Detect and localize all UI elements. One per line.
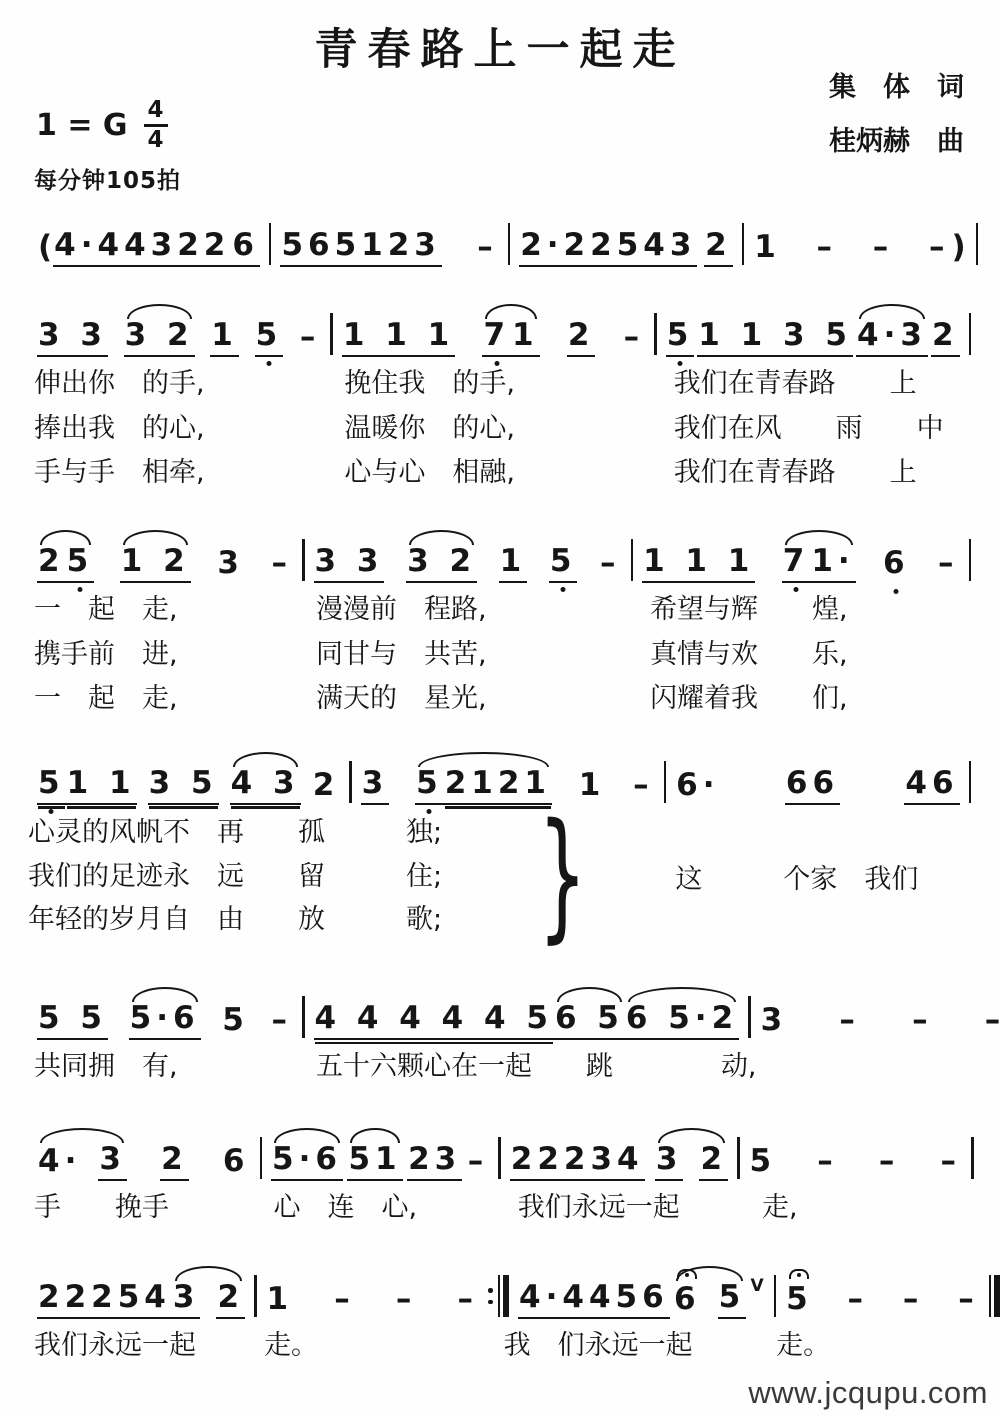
note-group: 6· xyxy=(675,770,720,805)
lyric-spacer xyxy=(980,408,988,451)
note: – xyxy=(476,232,499,267)
tempo-marking: 每分钟105拍 xyxy=(34,162,181,195)
measure: 565123– xyxy=(271,230,507,267)
time-signature-numerator: 4 xyxy=(144,98,168,127)
note: 3 xyxy=(655,1144,684,1181)
note-group: 46 xyxy=(904,768,959,805)
lyric-segment: 我们永远一起 xyxy=(28,1325,250,1368)
lyric-segment: 动, xyxy=(715,1046,980,1089)
note: 46 xyxy=(904,768,959,805)
note: 3 xyxy=(98,1144,127,1181)
note-group: 51 1 xyxy=(37,768,137,805)
note: 3 xyxy=(760,1005,789,1040)
song-title: 青春路上一起走 xyxy=(0,0,1000,77)
note: 5 xyxy=(718,1282,747,1319)
stacked-lyrics-block: 心灵的风帆不 再 孤 独;我们的足迹永 远 留 住;年轻的岁月自 由 放 歌;}… xyxy=(28,811,973,942)
note: 51 xyxy=(347,1144,402,1181)
note: 2 xyxy=(216,1282,245,1319)
music-system: 22254321–––4·445665V5–––我们永远一起走。我 们永远一起走… xyxy=(28,1255,973,1368)
note-group: – xyxy=(940,1146,963,1181)
note-group: 66 xyxy=(785,768,840,805)
note: – xyxy=(816,232,839,267)
barline xyxy=(969,313,972,355)
time-signature-denominator: 4 xyxy=(148,127,164,153)
note: 2 xyxy=(699,1144,728,1181)
note: 5 xyxy=(66,546,95,583)
barline-thin xyxy=(969,761,972,803)
note-group: 22254 xyxy=(37,1282,172,1319)
note-group: – xyxy=(271,548,294,583)
lyric-spacer xyxy=(660,452,668,495)
note: 1 1 xyxy=(66,768,137,805)
note: 5 xyxy=(785,1284,814,1319)
note-group: – xyxy=(838,1005,861,1040)
time-signature: 4 4 xyxy=(144,98,168,153)
music-line: 4·3265·65123–22234325––– xyxy=(28,1117,973,1181)
lyric-segment: 走, xyxy=(756,1187,988,1230)
note-group: 5 xyxy=(255,320,284,357)
note: – xyxy=(984,1005,1000,1040)
note: 22254 xyxy=(37,1282,172,1319)
note: 1 1 3 5 xyxy=(697,320,853,357)
note: – xyxy=(847,1284,870,1319)
note: – xyxy=(928,232,951,267)
note: 1 xyxy=(499,546,528,583)
note: 5 xyxy=(415,768,444,805)
lyric-spacer xyxy=(636,678,644,721)
note-group: 2·22543 xyxy=(519,230,697,267)
low-octave-dot xyxy=(677,361,682,366)
barline-thin xyxy=(498,1275,501,1317)
note-group: 1 1 1 xyxy=(642,546,755,583)
note-group: – xyxy=(816,232,839,267)
note-group: 3 xyxy=(216,548,245,583)
repeat-barline xyxy=(488,1275,509,1317)
note-group-slurred: 1 2 xyxy=(120,546,191,583)
note-group-slurred: 25 xyxy=(37,546,94,583)
low-octave-dot xyxy=(77,587,82,592)
note: – xyxy=(271,1005,294,1040)
note-group: 6 xyxy=(222,1146,251,1181)
note-group: 6 xyxy=(882,548,911,583)
note-group: 1 1 1 xyxy=(342,320,455,357)
note: 4 4 4 4 4 5 xyxy=(314,1003,554,1040)
note: 4·3 xyxy=(856,320,928,357)
low-octave-dot xyxy=(894,589,899,594)
note: – xyxy=(878,1146,901,1181)
note: 5 xyxy=(749,1146,778,1181)
lyric-spacer xyxy=(302,1046,310,1089)
lyric-segment: 心与心 相融, xyxy=(338,452,659,495)
note-group-slurred: 32 xyxy=(655,1144,728,1181)
note: 1 2 xyxy=(120,546,191,583)
lyric-segment: 我们在青春路 上 xyxy=(668,363,980,406)
low-octave-dot xyxy=(794,587,799,592)
barline xyxy=(969,539,972,581)
lyric-spacer xyxy=(762,1325,770,1368)
music-line: 3 33 215–1 1 1712–51 1 3 54·32 xyxy=(28,293,973,357)
note: 1 xyxy=(511,320,540,357)
note-group: – xyxy=(902,1284,925,1319)
barline-thin xyxy=(989,1275,992,1317)
note: – xyxy=(395,1284,418,1319)
lyric-spacer xyxy=(983,1325,991,1368)
note-group: – xyxy=(467,1146,490,1181)
note: 4· xyxy=(37,1146,82,1181)
lyric-segment: 满天的 星光, xyxy=(310,678,636,721)
lyric-segment: 希望与辉 煌, xyxy=(644,589,979,632)
music-line: 51 13 54 323521211–6·6646 xyxy=(28,741,973,805)
lyric-segment: 真情与欢 乐, xyxy=(644,634,979,677)
measure: 4·445665V xyxy=(509,1282,774,1319)
note-group: 1 1 3 5 xyxy=(697,320,853,357)
note: 4 3 xyxy=(230,768,301,805)
note: 2 xyxy=(312,770,341,805)
lyric-line: 共同拥 有,五十六颗心在一起 跳动, xyxy=(28,1046,973,1089)
lyric-segment: 我们永远一起 xyxy=(512,1187,748,1230)
note: 7 xyxy=(782,546,811,583)
note-group: 5 xyxy=(549,546,578,583)
lyric-continuation: 这 个家 我们 xyxy=(675,857,918,896)
note-group-slurred: 6 5·2 xyxy=(625,1003,739,1040)
music-line: 22254321–––4·445665V5––– xyxy=(28,1255,973,1319)
note: 3 2 xyxy=(406,546,477,583)
note-group: – xyxy=(878,1146,901,1181)
note-group: 5 xyxy=(221,1005,250,1040)
barline xyxy=(971,1137,974,1179)
lyric-spacer xyxy=(330,363,338,406)
note: 3 5 xyxy=(148,768,219,805)
note: – xyxy=(911,1005,934,1040)
lyric-spacer xyxy=(302,678,310,721)
note-group: 1 xyxy=(753,232,782,267)
note: 23 xyxy=(407,1144,462,1181)
barline-thin xyxy=(969,539,972,581)
note: 5·6 xyxy=(129,1003,201,1040)
low-octave-dot xyxy=(266,361,271,366)
final-barline xyxy=(989,1275,1000,1317)
note: 2 xyxy=(704,230,733,267)
note-group: – xyxy=(847,1284,870,1319)
note: 3 xyxy=(216,548,245,583)
key-label: 1 = G xyxy=(36,108,128,143)
note-group: 2 xyxy=(160,1144,189,1181)
barline-thin xyxy=(976,223,979,265)
note-group: – xyxy=(395,1284,418,1319)
measure: 3 33 215– xyxy=(305,546,631,583)
music-system: 4·3265·65123–22234325–––手 挽手心 连 心,我们永远一起… xyxy=(28,1117,973,1230)
note-group: 3 5 xyxy=(148,768,219,805)
lyric-spacer xyxy=(707,1046,715,1089)
lyric-spacer xyxy=(330,408,338,451)
lyric-line: 心灵的风帆不 再 孤 独; xyxy=(28,811,538,855)
fermata-icon xyxy=(789,1269,809,1279)
note-group-slurred: 5·6 xyxy=(129,1003,201,1040)
lyric-spacer xyxy=(980,678,988,721)
lyric-line: 我们永远一起走。我 们永远一起走。 xyxy=(28,1325,973,1368)
note: 5 xyxy=(221,1005,250,1040)
low-octave-dot xyxy=(494,361,499,366)
measure: 4 4 4 4 4 56 56 5·2 xyxy=(305,1003,749,1040)
note: – xyxy=(632,770,655,805)
note-group: 5 xyxy=(785,1284,814,1319)
note-group-slurred: 3 2 xyxy=(406,546,477,583)
music-system: 251 23–3 33 215–1 1 171·6–一 起 走,漫漫前 程路,希… xyxy=(28,519,973,721)
music-line: (4·443226565123–2·2254321–––) xyxy=(28,203,973,267)
repeat-dot xyxy=(488,1300,493,1305)
measure: 3 33 215– xyxy=(28,320,330,357)
measure: 3521211– xyxy=(352,768,664,805)
note-group: – xyxy=(816,1146,839,1181)
note-group: – xyxy=(299,322,322,357)
note-group: 565123 xyxy=(280,230,441,267)
measure: 5––– xyxy=(776,1284,989,1319)
note: 3 xyxy=(172,1282,201,1319)
note: 1 xyxy=(266,1284,295,1319)
note-group: 1 xyxy=(266,1284,295,1319)
lyric-line: 携手前 进,同甘与 共苦,真情与欢 乐, xyxy=(28,634,973,677)
lyric-segment: 漫漫前 程路, xyxy=(310,589,636,632)
note: – xyxy=(902,1284,925,1319)
note: 1 1 1 xyxy=(642,546,755,583)
note: 6 5 xyxy=(554,1003,625,1040)
measure: 1 1 1712– xyxy=(333,320,654,357)
low-octave-dot xyxy=(49,809,54,814)
lyric-segment: 我 们永远一起 xyxy=(498,1325,763,1368)
notation-systems: (4·443226565123–2·2254321–––)3 33 215–1 … xyxy=(28,203,973,1370)
stacked-lyrics: 心灵的风帆不 再 孤 独;我们的足迹永 远 留 住;年轻的岁月自 由 放 歌; xyxy=(28,811,538,942)
lyric-line: 手与手 相牵,心与心 相融,我们在青春路 上 xyxy=(28,452,973,495)
note-group: 3 xyxy=(760,1005,789,1040)
note-group: 3 3 xyxy=(37,320,108,357)
note-group-slurred: 4·3 xyxy=(856,320,928,357)
note-group-slurred: 71· xyxy=(782,546,856,583)
key-signature: 1 = G 4 4 xyxy=(36,98,168,153)
note: 6 xyxy=(673,1284,702,1319)
music-line: 5 55·65–4 4 4 4 4 56 56 5·23––– xyxy=(28,976,973,1040)
note-group: 5 xyxy=(666,320,695,357)
fermata-icon xyxy=(677,1269,697,1279)
note-group: 4 4 4 4 4 5 xyxy=(314,1003,554,1040)
note-group: 22234 xyxy=(510,1144,645,1181)
measure: 251 23– xyxy=(28,546,302,583)
note-group: – xyxy=(271,1005,294,1040)
lyric-spacer xyxy=(636,634,644,677)
note: 1 1 1 xyxy=(342,320,455,357)
music-system: 3 33 215–1 1 1712–51 1 3 54·32伸出你 的手,挽住我… xyxy=(28,293,973,495)
note-group: –) xyxy=(928,232,967,267)
note: – xyxy=(333,1284,356,1319)
note: 2 xyxy=(160,1144,189,1181)
lyric-spacer xyxy=(330,452,338,495)
note-group: 1 xyxy=(499,546,528,583)
note-group: 5 xyxy=(749,1146,778,1181)
measure: 5·65123– xyxy=(262,1144,498,1181)
lyric-spacer xyxy=(260,1187,268,1230)
note: 565123 xyxy=(280,230,441,267)
repeat-dots xyxy=(488,1275,493,1317)
lyric-line: 伸出你 的手,挽住我 的手,我们在青春路 上 xyxy=(28,363,973,406)
note-group: 1 xyxy=(210,320,239,357)
note: 3 xyxy=(361,768,390,805)
note-group: – xyxy=(937,548,960,583)
note-group: – xyxy=(333,1284,356,1319)
note: 7 xyxy=(482,320,511,357)
parenthesis: ) xyxy=(951,232,967,267)
lyric-spacer xyxy=(504,1187,512,1230)
measure: 1–––) xyxy=(744,232,976,267)
note: 4·44322 xyxy=(53,230,231,267)
note-group: – xyxy=(984,1005,1000,1040)
note: 6 xyxy=(882,548,911,583)
note: 6· xyxy=(675,770,720,805)
note-group: 4·4456 xyxy=(518,1282,670,1319)
lyric-segment: 闪耀着我 们, xyxy=(644,678,979,721)
lyric-segment: 走。 xyxy=(258,1325,490,1368)
watermark-text: www.jcqupu.com xyxy=(748,1375,988,1411)
note-group: 3 3 xyxy=(314,546,385,583)
lyric-spacer xyxy=(250,1325,258,1368)
note-group-slurred: 3 2 xyxy=(124,320,195,357)
lyricist-credit: 集 体 词 xyxy=(829,72,964,104)
lyric-segment: 走。 xyxy=(770,1325,983,1368)
lyric-spacer xyxy=(660,363,668,406)
lyric-spacer xyxy=(980,363,988,406)
note: 2 xyxy=(931,320,960,357)
measure: 1––– xyxy=(257,1284,489,1319)
note-group: V xyxy=(749,1298,764,1319)
credits-block: 集 体 词 桂炳赫 曲 xyxy=(829,72,964,181)
measure: 3––– xyxy=(751,1005,1000,1040)
lyric-segment: 同甘与 共苦, xyxy=(310,634,636,677)
note-group-slurred: 5·6 xyxy=(271,1144,343,1181)
note: – xyxy=(957,1284,980,1319)
note: – xyxy=(299,322,322,357)
note: 2 xyxy=(567,320,596,357)
lyric-line: 一 起 走,漫漫前 程路,希望与辉 煌, xyxy=(28,589,973,632)
note: – xyxy=(457,1284,480,1319)
note-group: 6 xyxy=(231,230,260,267)
note: 2·22543 xyxy=(519,230,697,267)
note: 6 xyxy=(222,1146,251,1181)
note: 2 xyxy=(37,546,66,583)
music-system: 51 13 54 323521211–6·6646心灵的风帆不 再 孤 独;我们… xyxy=(28,741,973,942)
note-group: – xyxy=(632,770,655,805)
music-line: 251 23–3 33 215–1 1 171·6– xyxy=(28,519,973,583)
note-group: 2 xyxy=(704,230,733,267)
lyric-spacer xyxy=(980,634,988,677)
lyric-spacer xyxy=(980,589,988,632)
note: 2121 xyxy=(444,768,552,805)
note: 6 5·2 xyxy=(625,1003,739,1040)
lyric-segment: 手与手 相牵, xyxy=(28,452,330,495)
note: 3 3 xyxy=(37,320,108,357)
lyric-segment: 一 起 走, xyxy=(28,678,302,721)
barline xyxy=(969,761,972,803)
lyric-segment: 心 连 心, xyxy=(268,1187,504,1230)
lyric-spacer xyxy=(490,1325,498,1368)
note-group: 2 xyxy=(931,320,960,357)
measure: 5 55·65– xyxy=(28,1003,302,1040)
note: – xyxy=(838,1005,861,1040)
music-system: (4·443226565123–2·2254321–––) xyxy=(28,203,973,267)
low-octave-dot xyxy=(561,587,566,592)
note-group-slurred: 32 xyxy=(172,1282,245,1319)
note: – xyxy=(467,1146,490,1181)
note: – xyxy=(271,548,294,583)
lyric-spacer xyxy=(302,634,310,677)
lyric-spacer xyxy=(980,1046,988,1089)
note: – xyxy=(816,1146,839,1181)
note-group: – xyxy=(911,1005,934,1040)
lyrics-brace: } xyxy=(538,819,587,934)
lyric-segment: 共同拥 有, xyxy=(28,1046,302,1089)
note: 3 3 xyxy=(314,546,385,583)
note-group-slurred: 6 5 xyxy=(554,1003,625,1040)
lyric-spacer xyxy=(748,1187,756,1230)
lyric-segment: 五十六颗心在一起 跳 xyxy=(310,1046,707,1089)
note-group: – xyxy=(872,232,895,267)
measure: 1 1 171·6– xyxy=(633,546,968,583)
lyric-spacer xyxy=(980,452,988,495)
note-group: 5 5 xyxy=(37,1003,108,1040)
note: 3 2 xyxy=(124,320,195,357)
lyric-segment: 挽住我 的手, xyxy=(338,363,659,406)
measure: (4·443226 xyxy=(28,230,269,267)
lyric-segment: 携手前 进, xyxy=(28,634,302,677)
lyric-segment: 温暖你 的心, xyxy=(338,408,659,451)
note: 5 5 xyxy=(37,1003,108,1040)
sheet-music-page: { "title": "青春路上一起走", "credits": { "lyri… xyxy=(0,0,1000,1417)
barline-thin xyxy=(969,313,972,355)
lyric-line: 我们的足迹永 远 留 住; xyxy=(28,855,538,899)
note-group-slurred: 65 xyxy=(673,1282,746,1319)
measure: 2·225432 xyxy=(510,230,742,267)
composer-credit: 桂炳赫 曲 xyxy=(829,126,964,158)
note: 1· xyxy=(810,546,855,583)
note-group-slurred: 4·3 xyxy=(37,1144,127,1181)
measure: 2223432 xyxy=(501,1144,737,1181)
note: 5 xyxy=(37,768,66,805)
lyric-segment: 我们在青春路 上 xyxy=(668,452,980,495)
note: 5 xyxy=(255,320,284,357)
note-group: 23 xyxy=(407,1144,462,1181)
lyric-line: 一 起 走,满天的 星光,闪耀着我 们, xyxy=(28,678,973,721)
note-group-slurred: 71 xyxy=(482,320,539,357)
lyric-segment: 捧出我 的心, xyxy=(28,408,330,451)
note-group: – xyxy=(599,548,622,583)
note: 4·4456 xyxy=(518,1282,670,1319)
note-group: – xyxy=(476,232,499,267)
lyric-spacer xyxy=(302,589,310,632)
lyric-spacer xyxy=(660,408,668,451)
measure: 4·326 xyxy=(28,1144,260,1181)
note-group: 3 xyxy=(361,768,390,805)
lyric-segment: 一 起 走, xyxy=(28,589,302,632)
note: 1 xyxy=(753,232,782,267)
low-octave-dot xyxy=(427,809,432,814)
note: – xyxy=(872,232,895,267)
note-group: – xyxy=(457,1284,480,1319)
parenthesis: ( xyxy=(37,232,53,267)
note-group-slurred: 51 xyxy=(347,1144,402,1181)
note: 6 xyxy=(231,230,260,267)
barline-thin xyxy=(971,1137,974,1179)
note: – xyxy=(937,548,960,583)
barline-thick xyxy=(994,1275,1000,1317)
note-group: – xyxy=(623,322,646,357)
note-group-slurred: 52121 xyxy=(415,768,552,805)
